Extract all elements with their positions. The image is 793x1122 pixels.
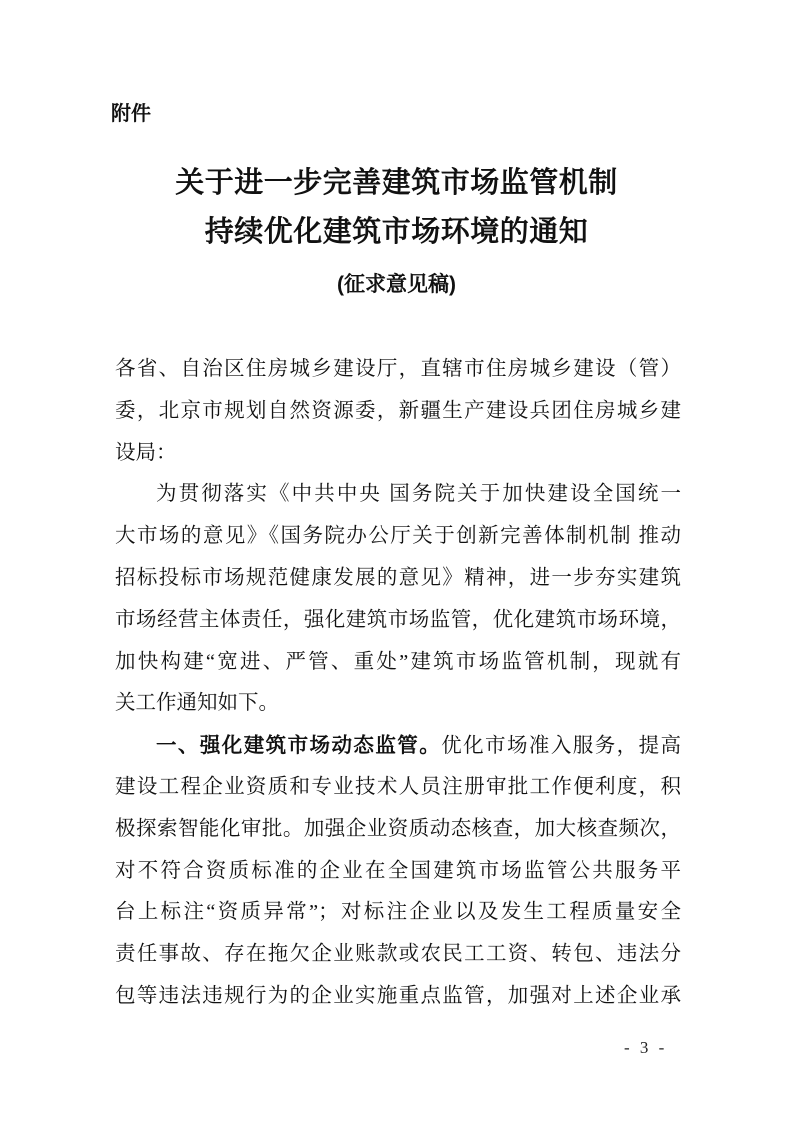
body-line: 关工作通知如下。 bbox=[115, 683, 681, 725]
document-body: 各省、自治区住房城乡建设厅，直辖市住房城乡建设（管）委，北京市规划自然资源委，新… bbox=[115, 349, 681, 1018]
body-line-segment: 优化市场准入服务，提高 bbox=[441, 735, 681, 757]
body-line: 为贯彻落实《中共中央 国务院关于加快建设全国统一 bbox=[115, 474, 681, 516]
body-line-segment: 关工作通知如下。 bbox=[115, 692, 279, 714]
body-line-segment: 包等违法违规行为的企业实施重点监管，加强对上述企业承 bbox=[115, 985, 681, 1007]
document-title-line2: 持续优化建筑市场环境的通知 bbox=[0, 208, 793, 257]
body-line-segment: 责任事故、存在拖欠企业账款或农民工工资、转包、违法分 bbox=[115, 943, 681, 965]
body-line: 委，北京市规划自然资源委，新疆生产建设兵团住房城乡建 bbox=[115, 391, 681, 433]
body-line-segment: 市场经营主体责任，强化建筑市场监管，优化建筑市场环境， bbox=[115, 609, 681, 631]
attachment-label: 附件 bbox=[111, 102, 151, 126]
body-line: 设局： bbox=[115, 433, 681, 475]
body-line-segment: 招标投标市场规范健康发展的意见》精神，进一步夯实建筑 bbox=[115, 567, 681, 589]
body-line: 一、强化建筑市场动态监管。优化市场准入服务，提高 bbox=[115, 725, 681, 767]
document-title-line1: 关于进一步完善建筑市场监管机制 bbox=[0, 159, 793, 208]
body-line-bold-segment: 一、强化建筑市场动态监管。 bbox=[156, 734, 441, 757]
body-line-segment: 对不符合资质标准的企业在全国建筑市场监管公共服务平 bbox=[115, 860, 681, 882]
body-line-segment: 为贯彻落实《中共中央 国务院关于加快建设全国统一 bbox=[156, 483, 681, 505]
body-line: 极探索智能化审批。加强企业资质动态核查，加大核查频次， bbox=[115, 809, 681, 851]
body-line-segment: 委，北京市规划自然资源委，新疆生产建设兵团住房城乡建 bbox=[115, 400, 681, 422]
page-number: - 3 - bbox=[624, 1038, 667, 1058]
body-line: 责任事故、存在拖欠企业账款或农民工工资、转包、违法分 bbox=[115, 934, 681, 976]
document-page: 附件 关于进一步完善建筑市场监管机制 持续优化建筑市场环境的通知 (征求意见稿)… bbox=[0, 0, 793, 1122]
body-line: 各省、自治区住房城乡建设厅，直辖市住房城乡建设（管） bbox=[115, 349, 681, 391]
document-title: 关于进一步完善建筑市场监管机制 持续优化建筑市场环境的通知 bbox=[0, 159, 793, 257]
body-line-segment: 大市场的意见》《国务院办公厅关于创新完善体制机制 推动 bbox=[115, 525, 681, 547]
body-line: 台上标注“资质异常”；对标注企业以及发生工程质量安全 bbox=[115, 892, 681, 934]
body-line-segment: 建设工程企业资质和专业技术人员注册审批工作便利度，积 bbox=[115, 776, 681, 798]
body-line-segment: 各省、自治区住房城乡建设厅，直辖市住房城乡建设（管） bbox=[115, 358, 681, 380]
body-line: 招标投标市场规范健康发展的意见》精神，进一步夯实建筑 bbox=[115, 558, 681, 600]
body-line: 市场经营主体责任，强化建筑市场监管，优化建筑市场环境， bbox=[115, 600, 681, 642]
body-line: 大市场的意见》《国务院办公厅关于创新完善体制机制 推动 bbox=[115, 516, 681, 558]
body-line: 加快构建“宽进、严管、重处”建筑市场监管机制，现就有 bbox=[115, 642, 681, 684]
body-line-segment: 加快构建“宽进、严管、重处”建筑市场监管机制，现就有 bbox=[115, 651, 681, 673]
body-line: 建设工程企业资质和专业技术人员注册审批工作便利度，积 bbox=[115, 767, 681, 809]
body-line-segment: 台上标注“资质异常”；对标注企业以及发生工程质量安全 bbox=[115, 901, 681, 923]
document-subtitle: (征求意见稿) bbox=[0, 270, 793, 300]
body-line-segment: 设局： bbox=[115, 442, 177, 464]
body-line: 对不符合资质标准的企业在全国建筑市场监管公共服务平 bbox=[115, 851, 681, 893]
body-line-segment: 极探索智能化审批。加强企业资质动态核查，加大核查频次， bbox=[115, 818, 681, 840]
body-line: 包等违法违规行为的企业实施重点监管，加强对上述企业承 bbox=[115, 976, 681, 1018]
